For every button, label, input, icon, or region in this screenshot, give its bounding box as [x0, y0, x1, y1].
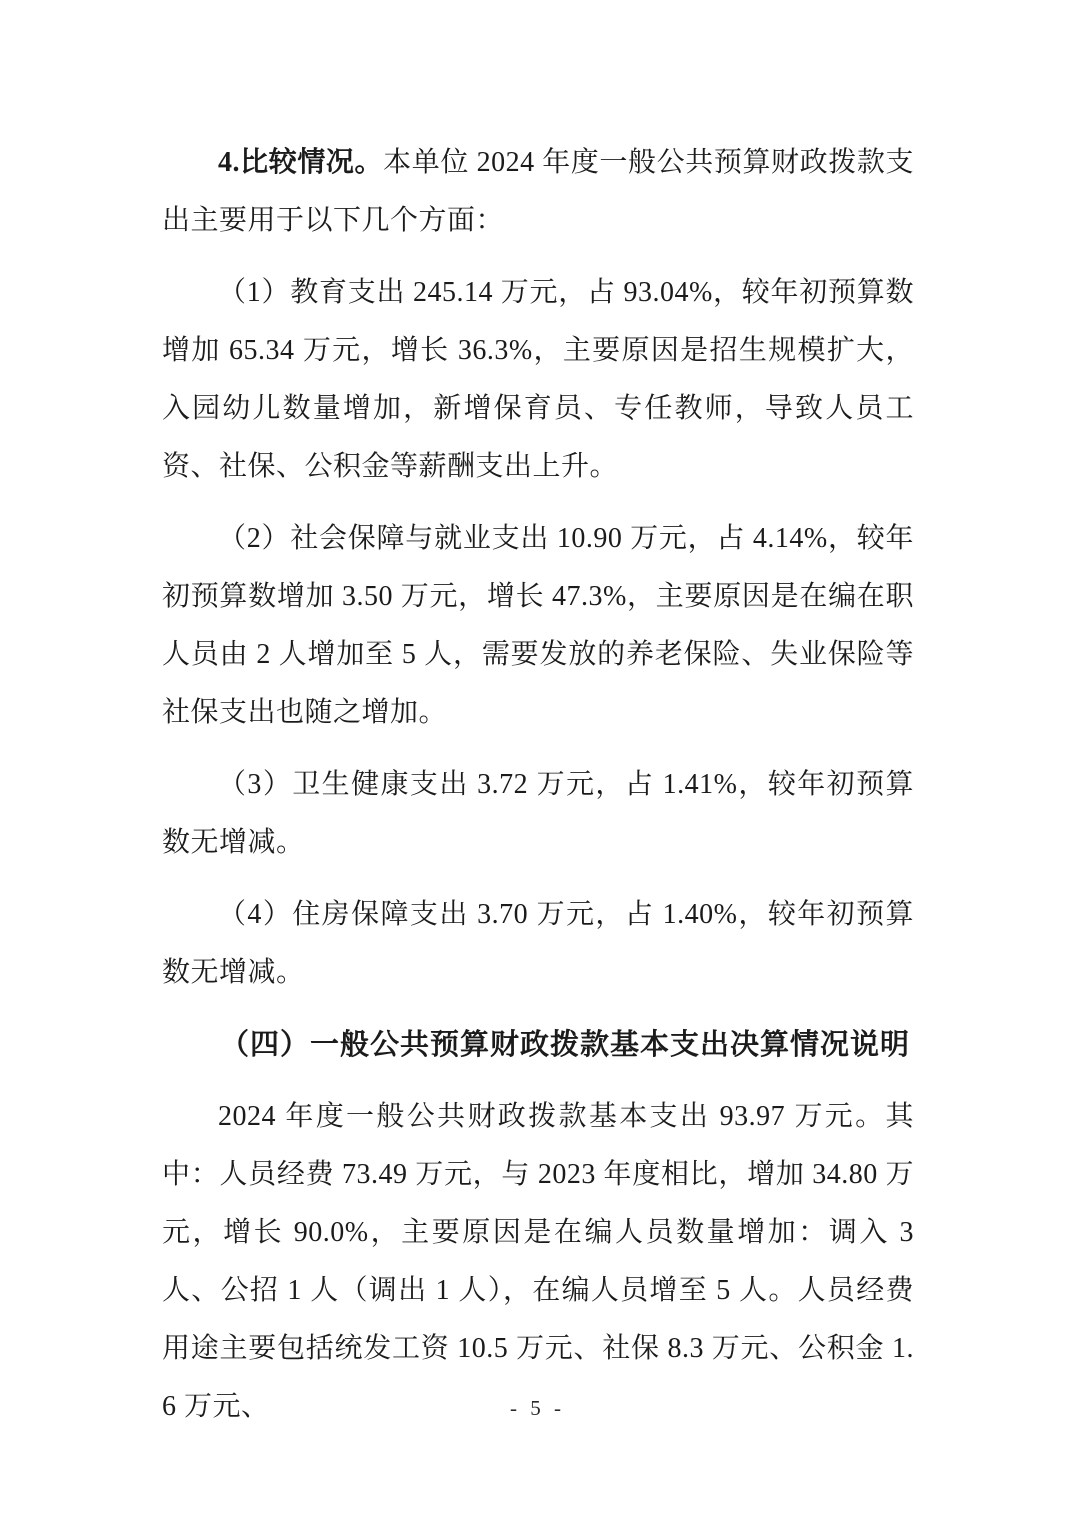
document-page: 4.比较情况。本单位 2024 年度一般公共预算财政拨款支出主要用于以下几个方面…	[0, 0, 1075, 1520]
paragraph-compare-intro: 4.比较情况。本单位 2024 年度一般公共预算财政拨款支出主要用于以下几个方面…	[162, 134, 914, 250]
paragraph-lead-bold: 4.比较情况。	[218, 147, 383, 178]
paragraph-item-education: （1）教育支出 245.14 万元，占 93.04%，较年初预算数增加 65.3…	[162, 264, 914, 496]
paragraph-item-health: （3）卫生健康支出 3.72 万元，占 1.41%，较年初预算数无增减。	[162, 756, 914, 872]
page-number: - 5 -	[0, 1396, 1075, 1420]
paragraph-item-social-security: （2）社会保障与就业支出 10.90 万元，占 4.14%，较年初预算数增加 3…	[162, 510, 914, 742]
document-content: 4.比较情况。本单位 2024 年度一般公共预算财政拨款支出主要用于以下几个方面…	[162, 134, 914, 1450]
paragraph-basic-expense: 2024 年度一般公共财政拨款基本支出 93.97 万元。其中：人员经费 73.…	[162, 1088, 914, 1436]
paragraph-item-housing: （4）住房保障支出 3.70 万元，占 1.40%，较年初预算数无增减。	[162, 886, 914, 1002]
section-heading-basic-expense: （四）一般公共预算财政拨款基本支出决算情况说明	[162, 1016, 914, 1074]
